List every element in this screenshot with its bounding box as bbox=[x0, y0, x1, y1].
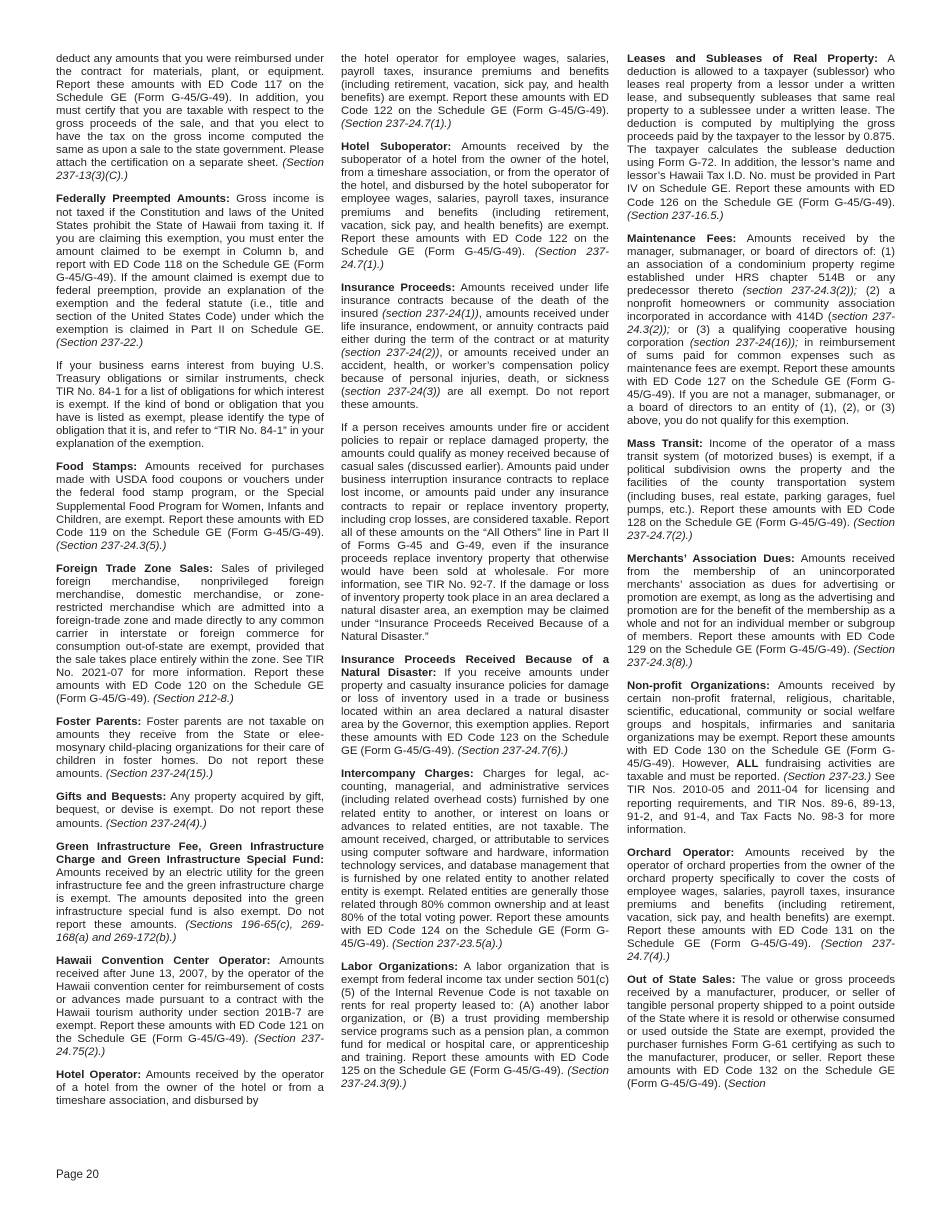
paragraph-heading: Maintenance Fees: bbox=[627, 233, 736, 245]
paragraph-heading: Leases and Subleases of Real Property: bbox=[627, 53, 878, 65]
paragraph: Intercompany Charges: Charges for legal,… bbox=[341, 768, 609, 951]
body-text: A labor organization that is exempt from… bbox=[341, 961, 609, 1077]
paragraph: Green Infrastructure Fee, Green Infrastr… bbox=[56, 841, 324, 945]
paragraph-heading: Merchants’ Association Dues: bbox=[627, 553, 795, 565]
paragraph-heading: Gifts and Bequests: bbox=[56, 791, 166, 803]
paragraph-heading: Labor Organizations: bbox=[341, 961, 458, 973]
section-citation: (Section 237-23.) bbox=[784, 771, 872, 783]
paragraph: the hotel operator for employee wages, s… bbox=[341, 53, 609, 131]
body-text: Amounts received by certain non-profit f… bbox=[627, 680, 895, 770]
paragraph-heading: Hotel Suboperator: bbox=[341, 141, 451, 153]
paragraph: Maintenance Fees: Amounts received by th… bbox=[627, 233, 895, 429]
body-text: in reimbursement of sums paid for common… bbox=[627, 337, 895, 427]
section-citation: (Section 237-22.) bbox=[56, 337, 143, 349]
body-text: Amounts received after June 13, 2007, by… bbox=[56, 955, 324, 1045]
paragraph: Labor Organizations: A labor organizatio… bbox=[341, 961, 609, 1091]
body-text: The value or gross proceeds received by … bbox=[627, 974, 895, 1090]
body-text: Amounts received by the operator of orch… bbox=[627, 847, 895, 950]
section-citation: (Section 237-23.5(a).) bbox=[392, 938, 502, 950]
body-text: the hotel operator for employee wages, s… bbox=[341, 53, 609, 117]
paragraph: deduct any amounts that you were reimbur… bbox=[56, 53, 324, 183]
paragraph: Hotel Operator: Amounts received by the … bbox=[56, 1069, 324, 1108]
section-citation: section 237-24(3)) bbox=[345, 386, 441, 398]
paragraph: Hawaii Convention Center Operator: Amoun… bbox=[56, 955, 324, 1059]
paragraph-heading: Hawaii Convention Center Operator: bbox=[56, 955, 270, 967]
page-number: Page 20 bbox=[56, 1169, 99, 1181]
section-citation: (Section 237-24(15).) bbox=[106, 768, 213, 780]
text-column-middle: the hotel operator for employee wages, s… bbox=[341, 53, 609, 1102]
paragraph-heading: Foster Parents: bbox=[56, 716, 141, 728]
paragraph: Food Stamps: Amounts received for purcha… bbox=[56, 461, 324, 552]
body-text: Sales of privileged foreign merchandise,… bbox=[56, 563, 324, 705]
paragraph: If your business earns interest from buy… bbox=[56, 360, 324, 451]
paragraph-heading: Intercompany Charges: bbox=[341, 768, 474, 780]
paragraph: Non-profit Organizations: Amounts receiv… bbox=[627, 680, 895, 837]
paragraph-heading: Insurance Proceeds: bbox=[341, 282, 455, 294]
section-citation: (Section 237-24(4).) bbox=[106, 818, 207, 830]
paragraph: Leases and Subleases of Real Property: A… bbox=[627, 53, 895, 223]
paragraph: Federally Preempted Amounts: Gross incom… bbox=[56, 193, 324, 350]
section-citation: (Section 237-24.7(6).) bbox=[458, 745, 568, 757]
paragraph: Merchants’ Association Dues: Amounts re­… bbox=[627, 553, 895, 670]
paragraph-heading: Non-profit Organizations: bbox=[627, 680, 770, 692]
body-text: If your business earns interest from buy… bbox=[56, 360, 324, 450]
section-citation: (section 237-24(1)) bbox=[382, 308, 479, 320]
paragraph: Mass Transit: Income of the operator of … bbox=[627, 438, 895, 542]
paragraph: Orchard Operator: Amounts received by th… bbox=[627, 847, 895, 964]
body-text: A deduction is allowed to a taxpayer (su… bbox=[627, 53, 895, 209]
document-page: deduct any amounts that you were reimbur… bbox=[56, 53, 896, 1203]
paragraph: Foreign Trade Zone Sales: Sales of privi… bbox=[56, 563, 324, 707]
body-text: Amounts re­ceived from the membership of… bbox=[627, 553, 895, 656]
emphasis-text: ALL bbox=[736, 758, 758, 770]
paragraph-heading: Orchard Operator: bbox=[627, 847, 734, 859]
paragraph: Insurance Proceeds Received Because of a… bbox=[341, 654, 609, 758]
paragraph-heading: Food Stamps: bbox=[56, 461, 137, 473]
paragraph-heading: Mass Transit: bbox=[627, 438, 703, 450]
paragraph: If a person receives amounts under fire … bbox=[341, 422, 609, 644]
section-citation: (section 237-24(16)); bbox=[690, 337, 798, 349]
section-citation: (Section 212-8.) bbox=[153, 693, 234, 705]
paragraph: Out of State Sales: The value or gross p… bbox=[627, 974, 895, 1091]
section-citation: (Section 237-16.5.) bbox=[627, 210, 723, 222]
section-citation: Section bbox=[728, 1078, 766, 1090]
section-citation: (Section 237-24.7(1).) bbox=[341, 118, 451, 130]
paragraph-heading: Out of State Sales: bbox=[627, 974, 736, 986]
body-text: If a person receives amounts under fire … bbox=[341, 422, 609, 643]
text-column-left: deduct any amounts that you were reimbur… bbox=[56, 53, 324, 1118]
paragraph: Insurance Proceeds: Amounts received und… bbox=[341, 282, 609, 412]
body-text: Gross income is not taxed if the Constit… bbox=[56, 193, 324, 335]
paragraph: Gifts and Bequests: Any property acquire… bbox=[56, 791, 324, 830]
section-citation: (section 237-24.3(2)); bbox=[743, 285, 857, 297]
section-citation: (Section 237-24.3(5).) bbox=[56, 540, 166, 552]
body-text: deduct any amounts that you were reimbur… bbox=[56, 53, 324, 169]
paragraph-heading: Federally Preempted Amounts: bbox=[56, 193, 230, 205]
paragraph-heading: Green Infrastructure Fee, Green Infrastr… bbox=[56, 841, 324, 866]
paragraph-heading: Foreign Trade Zone Sales: bbox=[56, 563, 213, 575]
paragraph-heading: Hotel Operator: bbox=[56, 1069, 141, 1081]
paragraph: Hotel Suboperator: Amounts received by t… bbox=[341, 141, 609, 271]
body-text: Charges for legal, ac­counting, manageri… bbox=[341, 768, 609, 950]
paragraph: Foster Parents: Foster parents are not t… bbox=[56, 716, 324, 781]
text-column-right: Leases and Subleases of Real Property: A… bbox=[627, 53, 895, 1102]
body-text: If you receive amounts under property an… bbox=[341, 667, 609, 757]
section-citation: (section 237-24(2)) bbox=[341, 347, 439, 359]
body-text: Amounts received by the suboperator of a… bbox=[341, 141, 609, 257]
body-text: Income of the operator of a mass transit… bbox=[627, 438, 895, 528]
